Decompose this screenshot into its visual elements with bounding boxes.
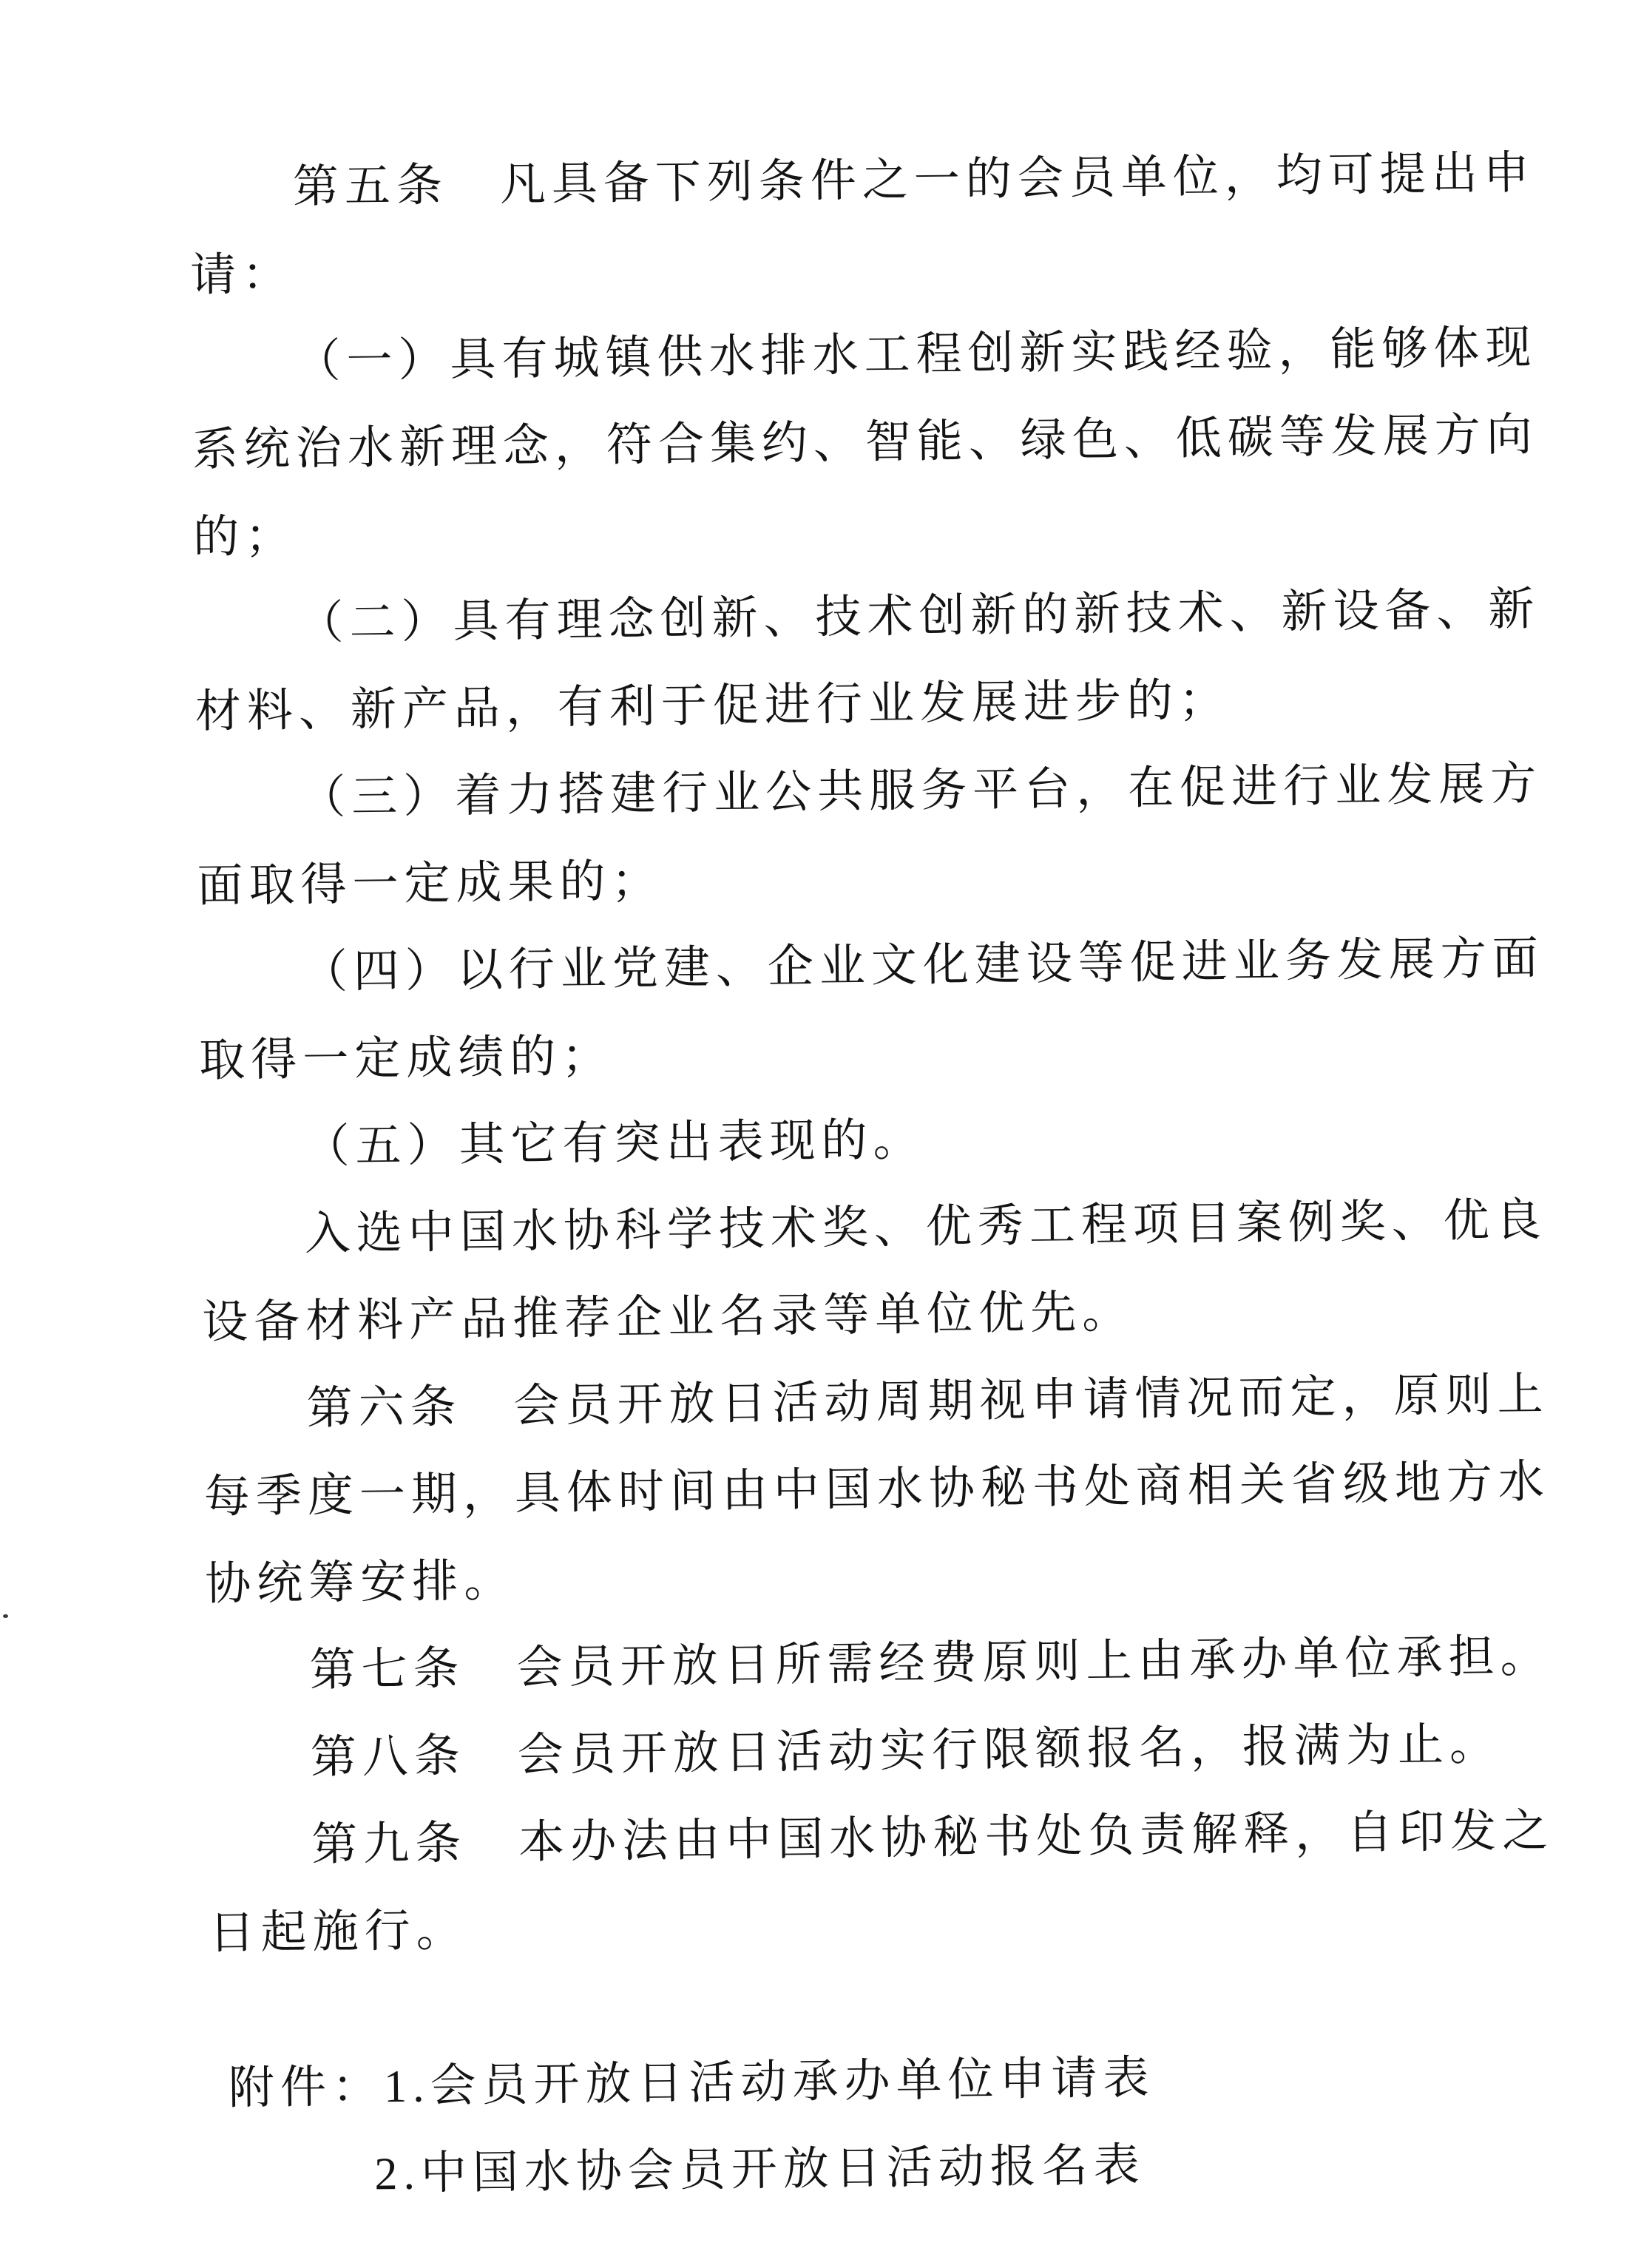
text-line: （一）具有城镇供水排水工程创新实践经验，能够体现	[191, 303, 1633, 407]
text-line: 系统治水新理念，符合集约、智能、绿色、低碳等发展方向	[192, 390, 1634, 494]
text-line: 第五条 凡具备下列条件之一的会员单位，均可提出申	[189, 129, 1631, 232]
text-line: 取得一定成绩的；	[199, 1001, 1641, 1105]
text-line: 第六条 会员开放日活动周期视申请情况而定，原则上	[203, 1350, 1641, 1454]
text-line: 日起施行。	[209, 1874, 1641, 1977]
document-body: 第五条 凡具备下列条件之一的会员单位，均可提出申 请： （一）具有城镇供水排水工…	[0, 0, 1641, 2222]
text-line: 的；	[193, 478, 1635, 581]
text-line: 每季度一期，具体时间由中国水协秘书处商相关省级地方水	[203, 1438, 1641, 1541]
text-line: 第九条 本办法由中国水协秘书处负责解释，自印发之	[208, 1787, 1641, 1890]
ink-speck	[3, 1614, 8, 1618]
text-line: （二）具有理念创新、技术创新的新技术、新设备、新	[194, 565, 1636, 668]
text-line: （五）其它有突出表现的。	[200, 1089, 1641, 1192]
text-line: 协统筹安排。	[205, 1525, 1641, 1628]
text-line: 面取得一定成果的；	[197, 827, 1639, 930]
attachment-line: 附件：1.会员开放日活动承办单位申请表	[210, 2029, 1641, 2133]
text-line: 设备材料产品推荐企业名录等单位优先。	[202, 1263, 1641, 1367]
text-line: （四）以行业党建、企业文化建设等促进业务发展方面	[197, 914, 1640, 1018]
text-line: 材料、新产品，有利于促进行业发展进步的；	[194, 652, 1637, 756]
text-line: 入选中国水协科学技术奖、优秀工程项目案例奖、优良	[200, 1176, 1641, 1279]
text-line: 请：	[190, 216, 1632, 319]
text-line: 第七条 会员开放日所需经费原则上由承办单位承担。	[206, 1612, 1641, 1716]
attachment-line: 2.中国水协会员开放日活动报名表	[212, 2116, 1641, 2220]
document-page: 第五条 凡具备下列条件之一的会员单位，均可提出申 请： （一）具有城镇供水排水工…	[0, 0, 1641, 2268]
attachments-list: 附件：1.会员开放日活动承办单位申请表 2.中国水协会员开放日活动报名表	[210, 2029, 1641, 2220]
text-line: （三）着力搭建行业公共服务平台，在促进行业发展方	[196, 739, 1638, 843]
text-line: 第八条 会员开放日活动实行限额报名，报满为止。	[206, 1699, 1641, 1803]
scanned-text-block: 第五条 凡具备下列条件之一的会员单位，均可提出申 请： （一）具有城镇供水排水工…	[0, 0, 1641, 2222]
